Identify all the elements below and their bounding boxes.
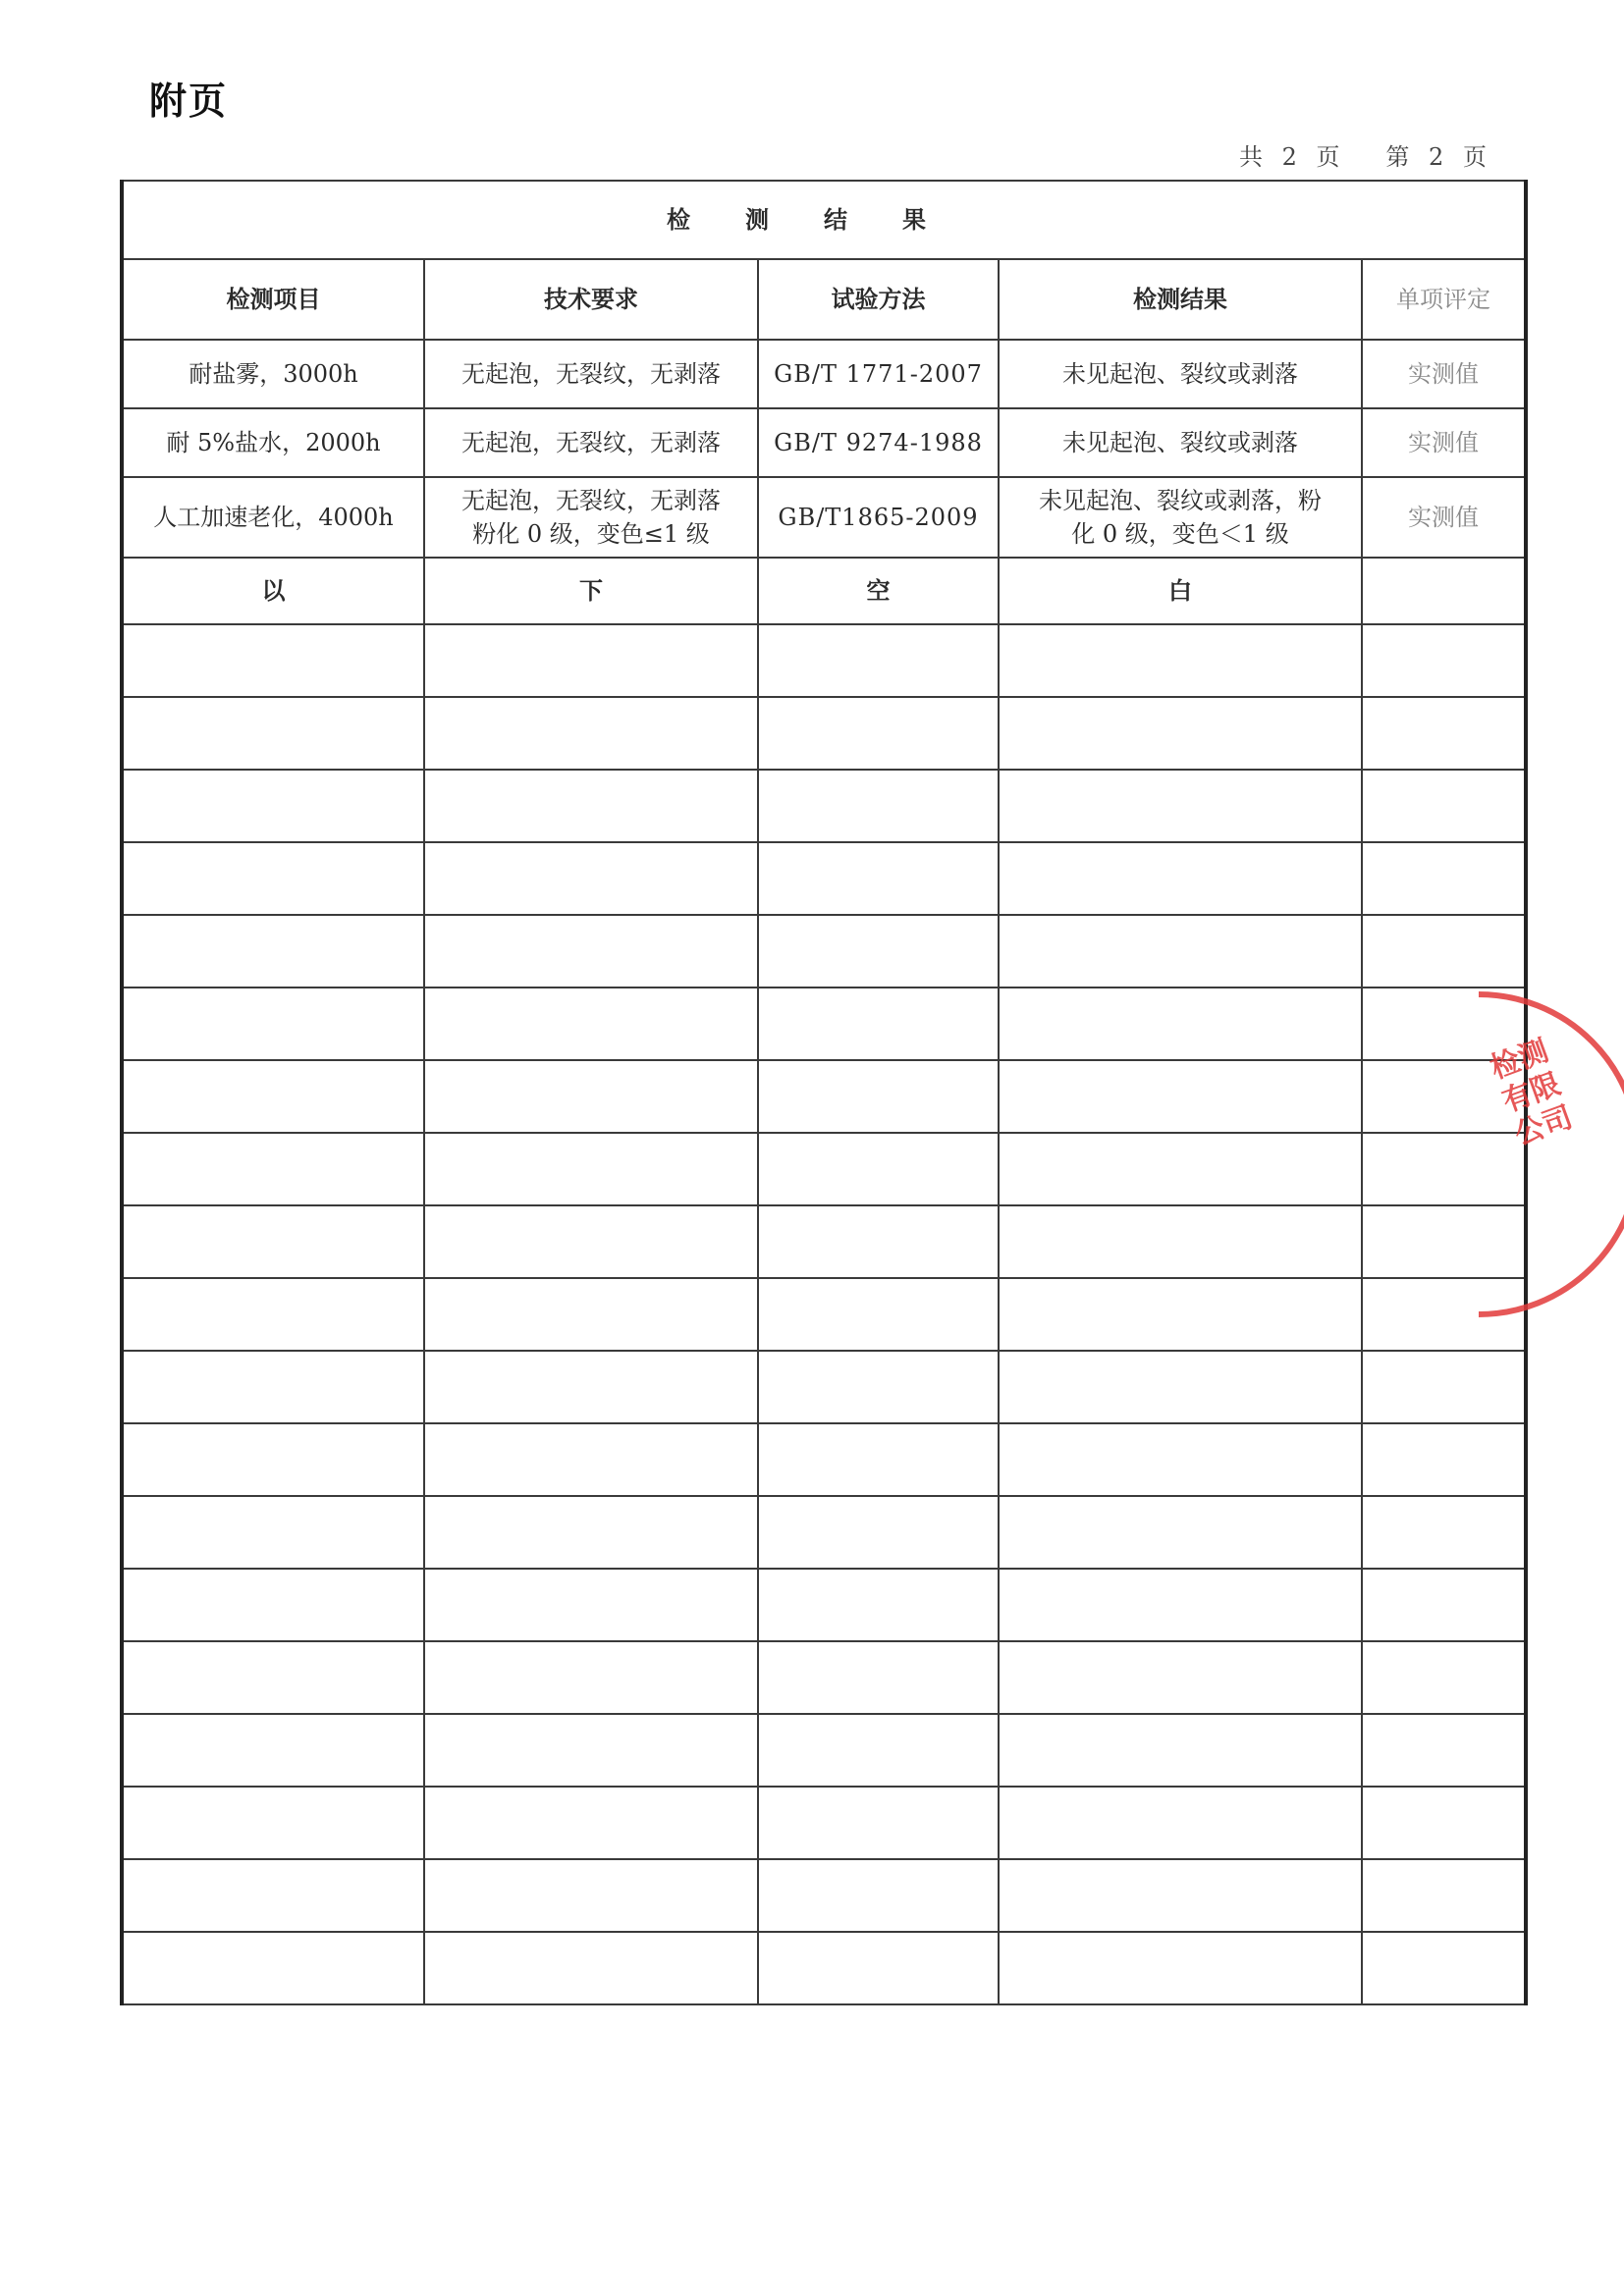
- empty-cell: [758, 988, 999, 1060]
- empty-table-row: [122, 988, 1526, 1060]
- empty-cell: [999, 1205, 1362, 1278]
- cell-method: GB/T 1771-2007: [758, 340, 999, 408]
- empty-cell: [424, 1423, 758, 1496]
- empty-cell: [424, 697, 758, 770]
- cell-result: 未见起泡、裂纹或剥落: [999, 340, 1362, 408]
- cell-requirement: 无起泡，无裂纹，无剥落: [424, 340, 758, 408]
- empty-cell: [1362, 1423, 1526, 1496]
- empty-table-row: [122, 1932, 1526, 2004]
- empty-cell: [424, 624, 758, 697]
- empty-cell: [999, 1932, 1362, 2004]
- table-header-row: 检测项目 技术要求 试验方法 检测结果 单项评定: [122, 259, 1526, 340]
- cell-rating: 实测值: [1362, 477, 1526, 558]
- empty-table-row: [122, 624, 1526, 697]
- cell-item: 耐 5%盐水，2000h: [122, 408, 424, 477]
- empty-cell: [758, 1859, 999, 1932]
- empty-cell: [758, 915, 999, 988]
- empty-cell: [1362, 1496, 1526, 1569]
- page-heading: 附页: [149, 71, 228, 125]
- empty-table-row: [122, 1351, 1526, 1423]
- empty-cell: [758, 1496, 999, 1569]
- empty-cell: [122, 988, 424, 1060]
- empty-cell: [122, 1787, 424, 1859]
- empty-cell: [999, 1569, 1362, 1641]
- empty-cell: [424, 1205, 758, 1278]
- cell-requirement-line: 无起泡，无裂纹，无剥落: [429, 484, 753, 517]
- empty-table-row: [122, 1278, 1526, 1351]
- empty-cell: [424, 770, 758, 842]
- results-table-container: 检测结果 检测项目 技术要求 试验方法 检测结果 单项评定 耐盐雾，3000h …: [120, 180, 1524, 2005]
- cell-method: GB/T 9274-1988: [758, 408, 999, 477]
- empty-cell: [424, 1133, 758, 1205]
- table-row: 人工加速老化，4000h 无起泡，无裂纹，无剥落 粉化 0 级，变色≤1 级 G…: [122, 477, 1526, 558]
- cell-requirement: 无起泡，无裂纹，无剥落 粉化 0 级，变色≤1 级: [424, 477, 758, 558]
- empty-cell: [424, 1714, 758, 1787]
- cell-requirement: 无起泡，无裂纹，无剥落: [424, 408, 758, 477]
- empty-cell: [758, 624, 999, 697]
- empty-table-row: [122, 1423, 1526, 1496]
- empty-cell: [758, 1133, 999, 1205]
- empty-cell: [758, 1714, 999, 1787]
- empty-table-row: [122, 1205, 1526, 1278]
- empty-cell: [999, 1859, 1362, 1932]
- empty-cell: [424, 915, 758, 988]
- column-header-item: 检测项目: [122, 259, 424, 340]
- empty-table-row: [122, 770, 1526, 842]
- blank-marker-char: 下: [424, 558, 758, 624]
- cell-rating: 实测值: [1362, 340, 1526, 408]
- empty-cell: [122, 1859, 424, 1932]
- cell-result-line: 未见起泡、裂纹或剥落，粉: [1003, 484, 1357, 517]
- empty-cell: [1362, 1641, 1526, 1714]
- cell-item: 耐盐雾，3000h: [122, 340, 424, 408]
- empty-cell: [122, 770, 424, 842]
- empty-cell: [424, 1060, 758, 1133]
- empty-cell: [758, 697, 999, 770]
- empty-cell: [999, 1714, 1362, 1787]
- empty-cell: [999, 697, 1362, 770]
- empty-cell: [122, 915, 424, 988]
- empty-cell: [758, 1205, 999, 1278]
- empty-cell: [122, 1714, 424, 1787]
- table-title: 检测结果: [122, 181, 1526, 259]
- empty-cell: [424, 1932, 758, 2004]
- empty-cell: [999, 770, 1362, 842]
- cell-requirement-line: 粉化 0 级，变色≤1 级: [429, 517, 753, 551]
- empty-cell: [122, 1423, 424, 1496]
- empty-table-row: [122, 697, 1526, 770]
- total-pages: 共 2 页: [1239, 143, 1346, 171]
- empty-cell: [122, 1278, 424, 1351]
- empty-cell: [999, 842, 1362, 915]
- empty-cell: [1362, 1714, 1526, 1787]
- table-title-row: 检测结果: [122, 181, 1526, 259]
- empty-cell: [999, 915, 1362, 988]
- empty-cell: [999, 988, 1362, 1060]
- current-page: 第 2 页: [1385, 143, 1492, 171]
- empty-cell: [122, 1133, 424, 1205]
- empty-table-row: [122, 1496, 1526, 1569]
- empty-cell: [1362, 1787, 1526, 1859]
- empty-cell: [122, 1932, 424, 2004]
- empty-table-row: [122, 915, 1526, 988]
- empty-cell: [999, 1351, 1362, 1423]
- empty-table-row: [122, 1569, 1526, 1641]
- empty-cell: [122, 697, 424, 770]
- results-table: 检测结果 检测项目 技术要求 试验方法 检测结果 单项评定 耐盐雾，3000h …: [120, 180, 1528, 2005]
- empty-cell: [122, 1641, 424, 1714]
- empty-cell: [424, 1787, 758, 1859]
- empty-cell: [999, 1278, 1362, 1351]
- table-row: 耐盐雾，3000h 无起泡，无裂纹，无剥落 GB/T 1771-2007 未见起…: [122, 340, 1526, 408]
- cell-rating: 实测值: [1362, 408, 1526, 477]
- blank-marker-char: 白: [999, 558, 1362, 624]
- empty-cell: [758, 1351, 999, 1423]
- empty-table-row: [122, 1133, 1526, 1205]
- empty-cell: [999, 1423, 1362, 1496]
- empty-cell: [1362, 624, 1526, 697]
- cell-result: 未见起泡、裂纹或剥落: [999, 408, 1362, 477]
- empty-cell: [424, 1278, 758, 1351]
- empty-cell: [758, 1569, 999, 1641]
- empty-cell: [1362, 770, 1526, 842]
- empty-cell: [1362, 1932, 1526, 2004]
- empty-table-row: [122, 842, 1526, 915]
- empty-table-row: [122, 1787, 1526, 1859]
- empty-cell: [999, 1060, 1362, 1133]
- empty-cell: [1362, 1569, 1526, 1641]
- empty-cell: [122, 1351, 424, 1423]
- cell-result-line: 化 0 级，变色＜1 级: [1003, 517, 1357, 551]
- empty-cell: [758, 1787, 999, 1859]
- empty-cell: [1362, 842, 1526, 915]
- cell-item: 人工加速老化，4000h: [122, 477, 424, 558]
- empty-cell: [758, 1060, 999, 1133]
- empty-cell: [122, 1205, 424, 1278]
- empty-cell: [424, 1351, 758, 1423]
- empty-cell: [758, 1932, 999, 2004]
- blank-marker-char: 空: [758, 558, 999, 624]
- empty-cell: [999, 1133, 1362, 1205]
- empty-cell: [122, 842, 424, 915]
- empty-cell: [999, 1641, 1362, 1714]
- empty-cell: [999, 624, 1362, 697]
- blank-marker-empty: [1362, 558, 1526, 624]
- column-header-result: 检测结果: [999, 259, 1362, 340]
- page-counter: 共 2 页 第 2 页: [1239, 137, 1492, 172]
- empty-cell: [999, 1496, 1362, 1569]
- empty-cell: [122, 1569, 424, 1641]
- empty-cell: [424, 1569, 758, 1641]
- empty-cell: [424, 1641, 758, 1714]
- empty-cell: [122, 1496, 424, 1569]
- empty-cell: [424, 1496, 758, 1569]
- empty-cell: [758, 842, 999, 915]
- cell-result: 未见起泡、裂纹或剥落，粉 化 0 级，变色＜1 级: [999, 477, 1362, 558]
- empty-cell: [758, 1278, 999, 1351]
- empty-table-row: [122, 1859, 1526, 1932]
- empty-cell: [424, 1859, 758, 1932]
- empty-cell: [999, 1787, 1362, 1859]
- empty-cell: [758, 1641, 999, 1714]
- empty-cell: [1362, 1859, 1526, 1932]
- column-header-method: 试验方法: [758, 259, 999, 340]
- empty-table-row: [122, 1060, 1526, 1133]
- empty-cell: [758, 770, 999, 842]
- column-header-rating: 单项评定: [1362, 259, 1526, 340]
- empty-cell: [758, 1423, 999, 1496]
- empty-cell: [1362, 697, 1526, 770]
- blank-marker-char: 以: [122, 558, 424, 624]
- column-header-requirement: 技术要求: [424, 259, 758, 340]
- empty-cell: [424, 842, 758, 915]
- empty-cell: [424, 988, 758, 1060]
- empty-cell: [122, 1060, 424, 1133]
- empty-table-row: [122, 1641, 1526, 1714]
- empty-cell: [1362, 915, 1526, 988]
- empty-table-row: [122, 1714, 1526, 1787]
- empty-cell: [1362, 1351, 1526, 1423]
- empty-cell: [122, 624, 424, 697]
- table-row: 耐 5%盐水，2000h 无起泡，无裂纹，无剥落 GB/T 9274-1988 …: [122, 408, 1526, 477]
- cell-method: GB/T1865-2009: [758, 477, 999, 558]
- blank-marker-row: 以 下 空 白: [122, 558, 1526, 624]
